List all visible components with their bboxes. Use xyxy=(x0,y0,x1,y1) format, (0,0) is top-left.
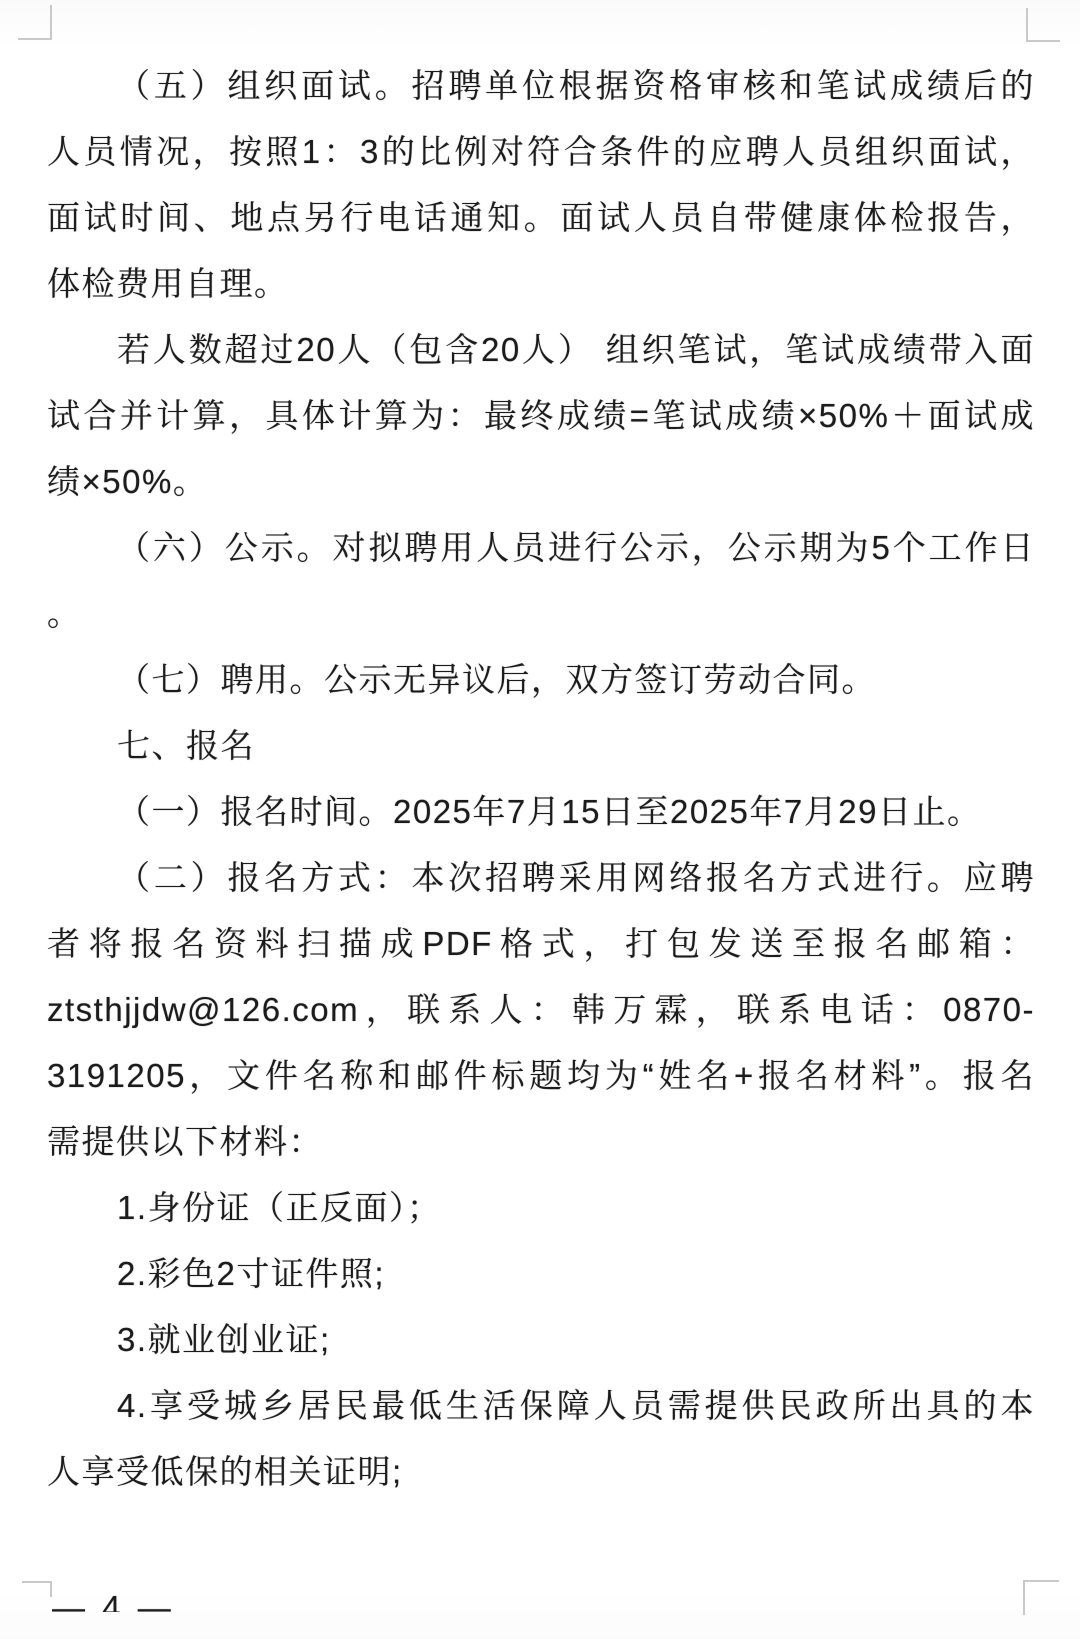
crop-mark-top-left xyxy=(18,5,52,40)
text-line: 3191205，文件名称和邮件标题均为“姓名+报名材料”。报名 xyxy=(47,1043,1035,1109)
text-line: 1.身份证（正反面）； xyxy=(47,1175,1035,1241)
document-page: （五）组织面试。招聘单位根据资格审核和笔试成绩后的人员情况，按照1：3的比例对符… xyxy=(0,0,1080,1639)
text-line: 者将报名资料扫描成PDF格式，打包发送至报名邮箱： xyxy=(47,911,1035,977)
text-line: （一）报名时间。2025年7月15日至2025年7月29日止。 xyxy=(47,779,1035,845)
text-line: （七）聘用。公示无异议后，双方签订劳动合同。 xyxy=(47,647,1035,713)
document-body-text: （五）组织面试。招聘单位根据资格审核和笔试成绩后的人员情况，按照1：3的比例对符… xyxy=(47,53,1035,1505)
text-line: 人享受低保的相关证明; xyxy=(47,1439,1035,1505)
crop-mark-top-right xyxy=(1026,8,1060,42)
text-line: 3.就业创业证; xyxy=(47,1307,1035,1373)
text-line: （六）公示。对拟聘用人员进行公示，公示期为5个工作日 xyxy=(47,515,1035,581)
text-line: 绩×50%。 xyxy=(47,449,1035,515)
text-line: 4.享受城乡居民最低生活保障人员需提供民政所出具的本 xyxy=(47,1373,1035,1439)
text-line: 。 xyxy=(47,581,1035,647)
crop-mark-bottom-right xyxy=(1023,1580,1059,1615)
text-line: （五）组织面试。招聘单位根据资格审核和笔试成绩后的 xyxy=(47,53,1035,119)
text-line: 试合并计算，具体计算为：最终成绩=笔试成绩×50%＋面试成 xyxy=(47,383,1035,449)
text-line: 面试时间、地点另行电话通知。面试人员自带健康体检报告， xyxy=(47,185,1035,251)
text-line: 2.彩色2寸证件照; xyxy=(47,1241,1035,1307)
page-number-clip: — 4 — xyxy=(52,1590,272,1612)
text-line: （二）报名方式：本次招聘采用网络报名方式进行。应聘 xyxy=(47,845,1035,911)
text-line: 体检费用自理。 xyxy=(47,251,1035,317)
text-line: 人员情况，按照1：3的比例对符合条件的应聘人员组织面试， xyxy=(47,119,1035,185)
text-line: 七、报名 xyxy=(47,713,1035,779)
crop-mark-bottom-left xyxy=(22,1581,52,1597)
text-line: 若人数超过20人（包含20人） 组织笔试，笔试成绩带入面 xyxy=(47,317,1035,383)
text-line: ztsthjjdw@126.com，联系人：韩万霖，联系电话：0870- xyxy=(47,977,1035,1043)
page-number: — 4 — xyxy=(52,1590,272,1612)
text-line: 需提供以下材料： xyxy=(47,1109,1035,1175)
